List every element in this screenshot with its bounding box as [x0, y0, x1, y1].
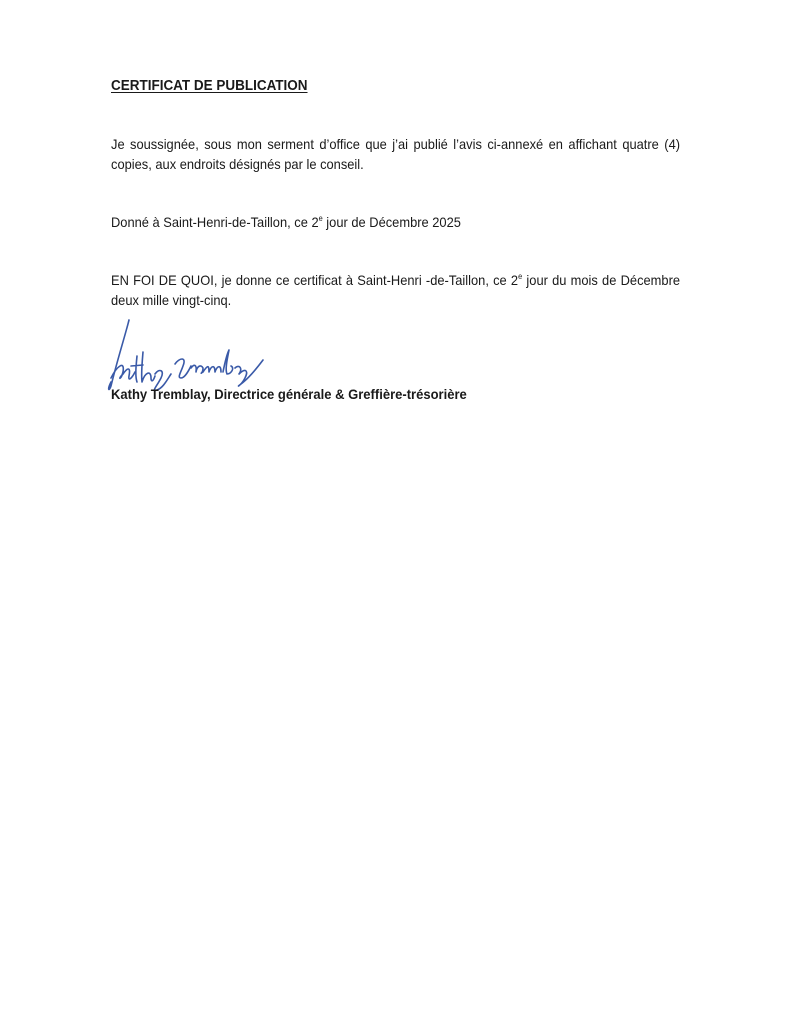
given-at-text: Donné à Saint-Henri-de-Taillon, ce 2e jo…	[111, 212, 680, 232]
given-at-text-start: Donné à Saint-Henri-de-Taillon, ce 2	[111, 214, 319, 230]
in-witness-text-start: EN FOI DE QUOI, je donne ce certificat à…	[111, 272, 518, 288]
given-at-text-end: jour de Décembre 2025	[323, 214, 461, 230]
declaration-text: Je soussignée, sous mon serment d’office…	[111, 134, 680, 174]
in-witness-text: EN FOI DE QUOI, je donne ce certificat à…	[111, 270, 680, 310]
declaration-paragraph: Je soussignée, sous mon serment d’office…	[111, 134, 680, 174]
signer-name-title: Kathy Tremblay, Directrice générale & Gr…	[111, 386, 467, 402]
in-witness-paragraph: EN FOI DE QUOI, je donne ce certificat à…	[111, 270, 680, 310]
document-title: CERTIFICAT DE PUBLICATION	[111, 78, 308, 94]
given-at-paragraph: Donné à Saint-Henri-de-Taillon, ce 2e jo…	[111, 212, 680, 232]
handwritten-signature	[99, 316, 269, 396]
